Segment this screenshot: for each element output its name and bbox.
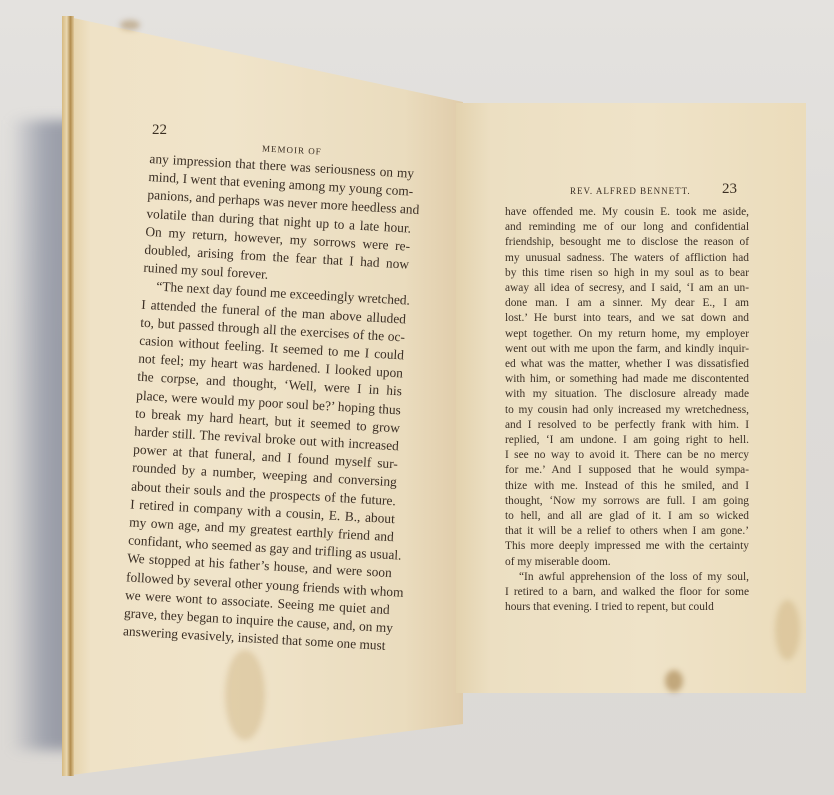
text-line: thize with me. Instead of this he smiled… [505,479,749,494]
paper-stain [775,600,800,660]
left-page-text: any impression that there was seriousnes… [123,150,415,656]
text-line: friendship, besought me to disclose the … [505,235,749,250]
page-number-right: 23 [722,181,737,198]
text-line: have offended me. My cousin E. took me a… [505,205,749,220]
text-line: and reminding me of our long and confide… [505,220,749,235]
text-line: with him, or something had made me disco… [505,372,749,387]
text-line: “In awful apprehension of the loss of my… [505,570,749,585]
text-line: I retired to a barn, and walked the floo… [505,585,749,600]
text-line: and I resolved to be perfectly frank wit… [505,418,749,433]
running-head-right: REV. ALFRED BENNETT. [570,186,691,196]
text-line: to my cousin had only increased my wretc… [505,403,749,418]
text-line: by this time risen so high in my soul as… [505,266,749,281]
right-page-text: have offended me. My cousin E. took me a… [505,205,749,615]
text-line: away all idea of secresy, and I said, ‘I… [505,281,749,296]
text-line: went out with me upon the farm, and kind… [505,342,749,357]
text-line: lost.’ He burst into tears, and we sat d… [505,311,749,326]
text-line: of my miserable doom. [505,555,749,570]
paper-stain [225,650,265,740]
text-line: ed what was the matter, whether I was di… [505,357,749,372]
text-line: to hell, and all are glad of it. I am so… [505,509,749,524]
text-line: that it will be a relief to others when … [505,524,749,539]
text-line: wept together. On my return home, my emp… [505,327,749,342]
page-number-left: 22 [152,122,167,139]
text-line: with my situation. The disclosure alread… [505,387,749,402]
text-line: done man. I am a sinner. My dear E., I a… [505,296,749,311]
book-spine-edge [62,16,74,776]
text-line: my unusual sadness. The waters of afflic… [505,251,749,266]
text-line: thought, ‘Now my sorrows are full. I am … [505,494,749,509]
text-line: This more deeply impressed me with the c… [505,539,749,554]
text-line: hours that evening. I tried to repent, b… [505,600,749,615]
paper-stain [120,20,140,30]
text-line: I see no way to avoid it. There can be n… [505,448,749,463]
paper-stain [665,670,683,692]
text-line: for me.’ And I supposed that he would sy… [505,463,749,478]
text-line: replied, ‘I am undone. I am going right … [505,433,749,448]
